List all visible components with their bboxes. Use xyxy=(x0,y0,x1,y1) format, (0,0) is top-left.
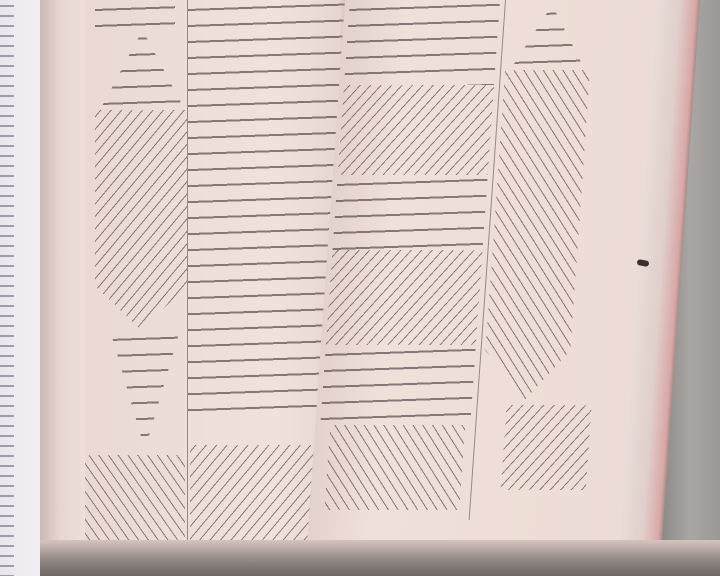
right-triangle-block xyxy=(510,5,590,70)
right-top-text-block xyxy=(344,0,500,85)
right-bottom-diagonal-block xyxy=(324,425,465,510)
right-diagonal-block-top xyxy=(338,85,494,175)
right-bottom-margin-block xyxy=(501,405,592,490)
left-top-text-strip xyxy=(95,0,175,28)
left-column-rule xyxy=(187,0,188,555)
adjacent-book-text xyxy=(0,0,14,576)
right-page xyxy=(306,0,655,560)
right-diagonal-margin-block xyxy=(482,70,590,400)
book-cover-edge xyxy=(40,0,90,576)
right-middle-text-block xyxy=(333,175,488,250)
right-lower-text-block xyxy=(320,345,476,425)
manuscript-photo: Two facing pages of dense Arabic calligr… xyxy=(0,0,720,576)
left-inverted-triangle-block xyxy=(110,330,180,450)
table-shadow xyxy=(40,540,720,576)
left-triangle-block xyxy=(100,30,185,110)
left-diagonal-margin-block xyxy=(95,110,187,330)
adjacent-book-page xyxy=(0,0,40,576)
right-diagonal-block-middle xyxy=(326,250,483,345)
